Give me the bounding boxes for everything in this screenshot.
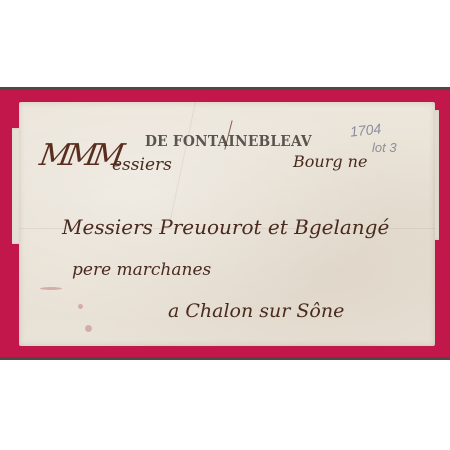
red-wax-trace: [40, 287, 62, 290]
photo-canvas: DE FONTAINEBLEAV 1704 lot 3 MMM essiers …: [0, 0, 450, 450]
handwritten-flourish: MMM: [37, 138, 123, 173]
handwritten-city-note: Bourg ne: [293, 152, 367, 171]
pencil-year-note: 1704: [349, 120, 382, 139]
postmark-stamp: DE FONTAINEBLEAV: [145, 132, 312, 150]
handwritten-destination: a Chalon sur Sône: [168, 300, 344, 322]
handwritten-occupation: pere marchanes: [72, 260, 211, 280]
pencil-lot-note: lot 3: [372, 140, 397, 155]
frame-band-bottom: [0, 357, 450, 360]
red-wax-trace: [85, 325, 92, 332]
handwritten-salutation: essiers: [112, 155, 172, 175]
red-wax-trace: [78, 304, 83, 309]
handwritten-addressee: Messiers Preuourot et Bgelangé: [62, 215, 389, 239]
